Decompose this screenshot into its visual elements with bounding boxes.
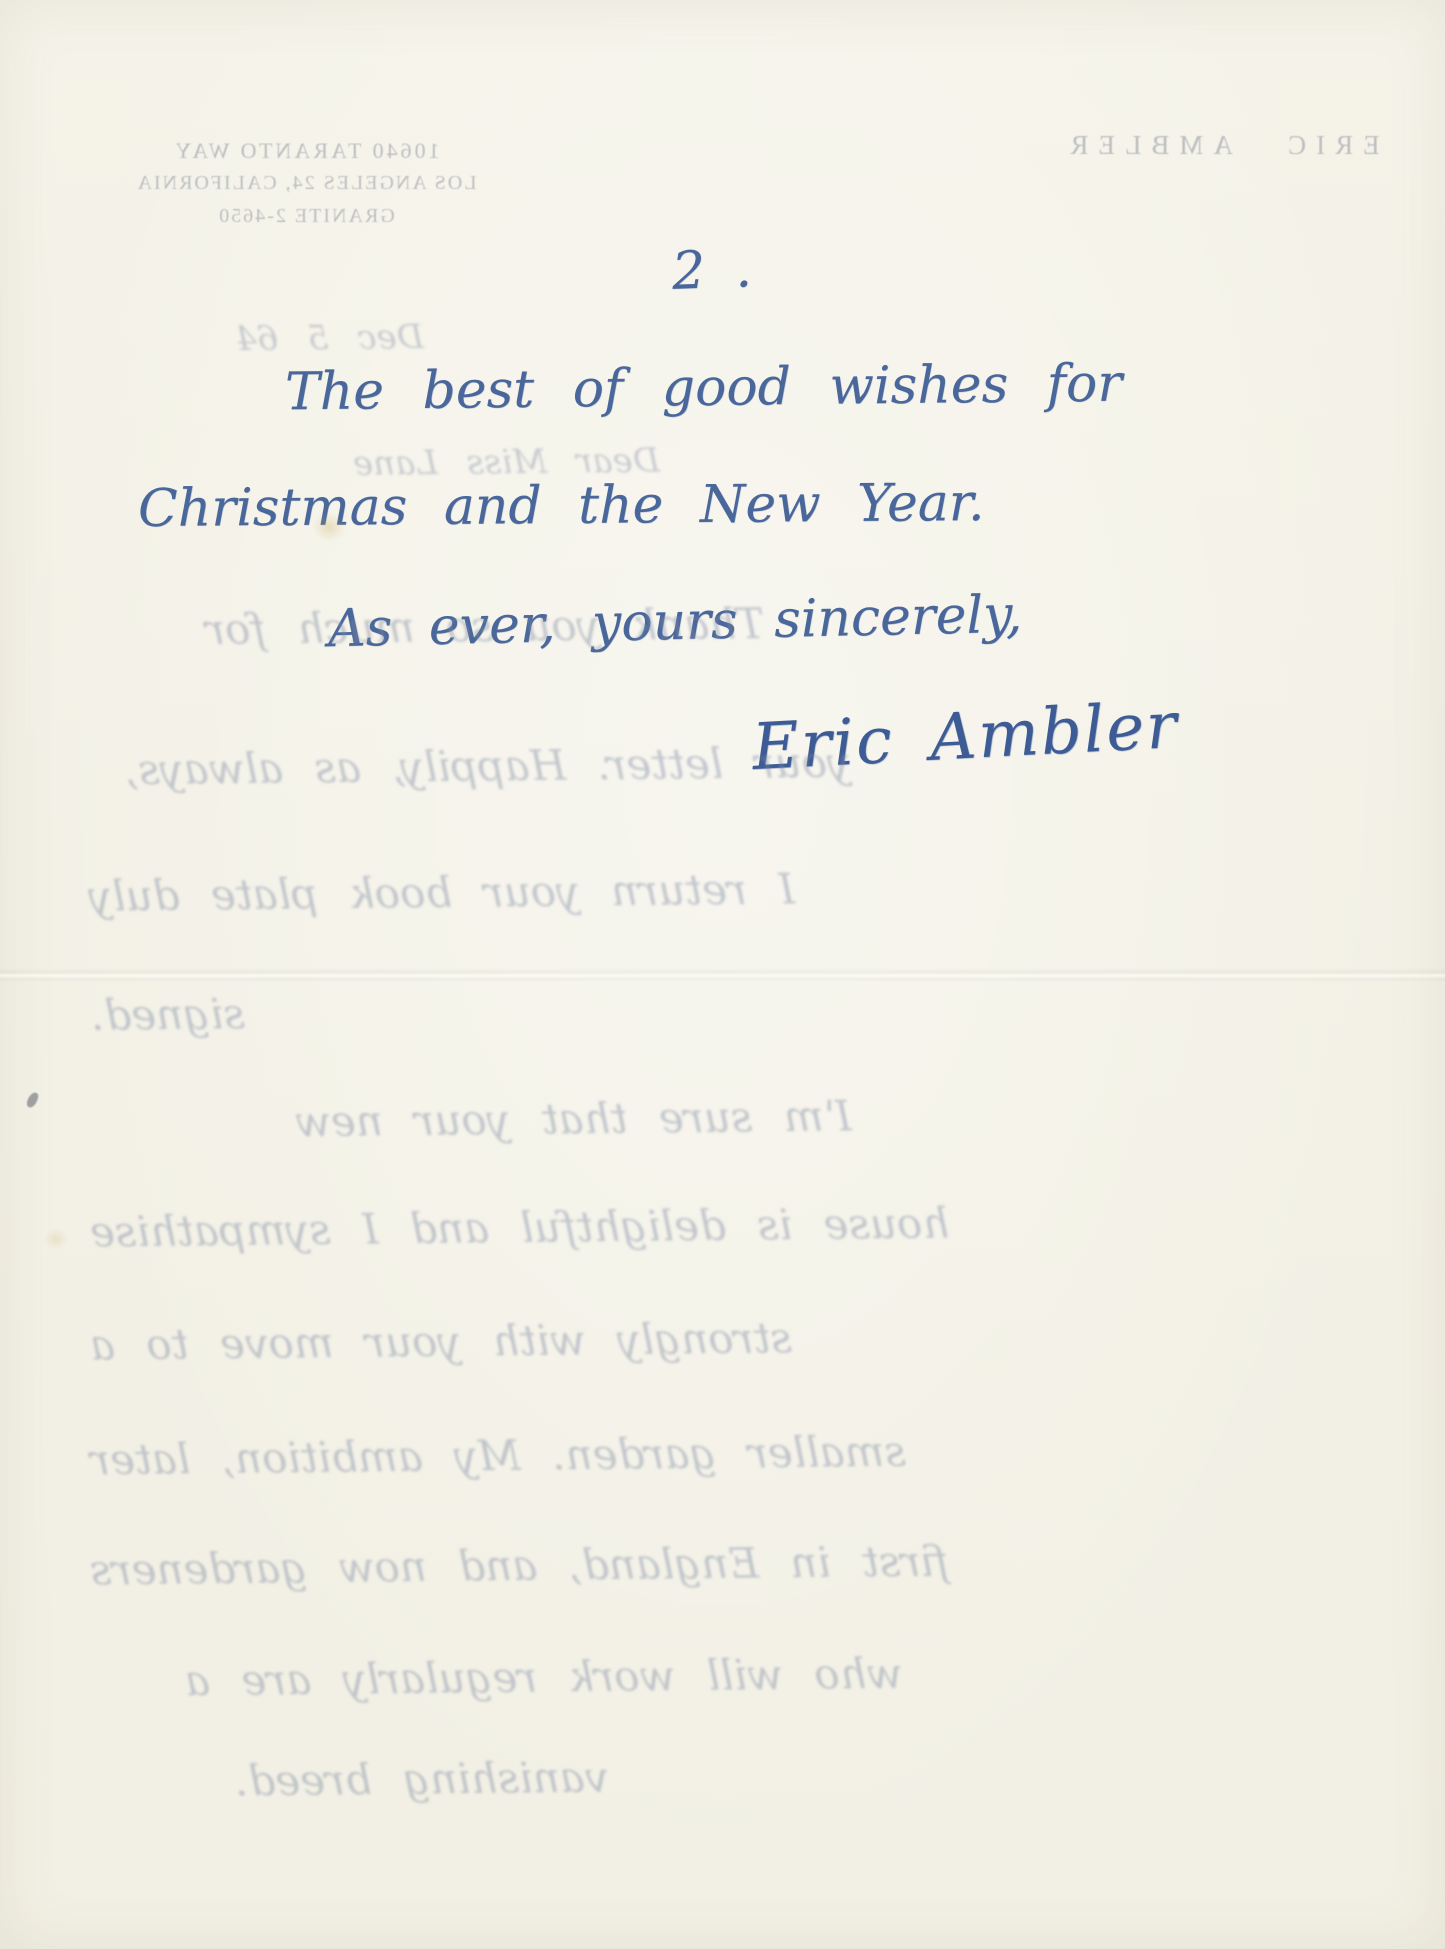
bleedthrough-line: Dec 5 64: [235, 317, 430, 359]
fold-crease: [0, 968, 1445, 982]
bleedthrough-line: Thank you so much for: [205, 595, 1150, 654]
letterhead-address-line: GRANITE 2-4650: [88, 200, 524, 233]
paper-stain: [44, 1228, 68, 1250]
bleedthrough-line: strongly with your move to a: [90, 1311, 975, 1369]
bleedthrough-line: your letter. Happily, as always,: [125, 735, 1135, 795]
handwriting-line-1: The best of good wishes for: [285, 354, 1123, 423]
bleedthrough-line: smaller garden. My ambition, later: [90, 1425, 1105, 1485]
letterhead-address-line: LOS ANGELES 24, CALIFORNIA: [88, 167, 524, 200]
letter-page: ERIC AMBLER 10640 TARANTO WAY LOS ANGELE…: [0, 0, 1445, 1949]
paper-speck: [25, 1091, 40, 1109]
paper-stain: [312, 512, 346, 542]
bleedthrough-line: I'm sure that your new: [295, 1091, 910, 1146]
letterhead-address-line: 10640 TARANTO WAY: [88, 134, 524, 167]
bleedthrough-line: signed.: [95, 989, 246, 1040]
bleedthrough-line: first in England, and now gardeners: [90, 1535, 1140, 1595]
letterhead-address-mirrored: 10640 TARANTO WAY LOS ANGELES 24, CALIFO…: [88, 134, 524, 233]
letterhead-name-mirrored: ERIC AMBLER: [1040, 130, 1400, 161]
bleedthrough-line: I return your book plate duly: [95, 864, 795, 920]
bleedthrough-line: Dear Miss Lane: [400, 441, 660, 484]
bleedthrough-line: vanishing breed.: [235, 1752, 705, 1806]
handwriting-line-2: Christmas and the New Year.: [138, 473, 985, 539]
bleedthrough-line: who will work regularly are a: [185, 1648, 1000, 1706]
page-number: 2.: [671, 238, 783, 302]
bleedthrough-line: house is delightful and I sympathise: [90, 1197, 1140, 1257]
